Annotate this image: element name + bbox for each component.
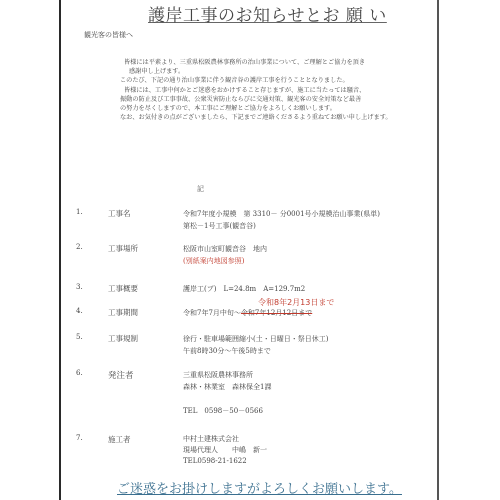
body-line: 振動の防止及び工事事故、公衆災害防止ならびに交通対策、観光客の安全対策など最善 [120, 95, 424, 104]
body-line: 皆様には平素より、三重県松阪農林事務所の治山事業について、ご理解とご協力を頂き [124, 58, 424, 67]
value-line: 森林・林業室 森林保全1課 [183, 381, 271, 393]
item-value: 護岸工(ブ) L=24.8m A=129.7m2 [183, 283, 305, 295]
item-label: 発注者 [108, 369, 134, 381]
notice-body: 皆様には平素より、三重県松阪農林事務所の治山事業について、ご理解とご協力を頂き … [124, 58, 424, 122]
value-line: 第松－1号工事(観音谷) [183, 220, 380, 232]
original-end-date-struck: 令和7年12月12日まで [241, 309, 312, 317]
value-line: 松阪市山室町観音谷 地内 [183, 243, 267, 255]
value-line: 徐行・駐車場範囲縮小(土・日曜日・祭日休工) [183, 333, 328, 345]
body-line: このたび、下記の通り治山事業に伴う観音谷の護岸工事を行うこととなりました。 [120, 76, 424, 85]
item-label: 工事名 [108, 208, 131, 219]
page-border-right [437, 0, 439, 500]
period-start: 令和7年7月中旬～ [183, 309, 241, 317]
closing-message: ご迷惑をお掛けしますがよろしくお願いします。 [117, 478, 402, 497]
item-number: 2. [76, 243, 83, 251]
body-line: 感謝申し上げます。 [124, 67, 424, 76]
page-border-left [59, 0, 61, 500]
value-line: 現場代理人 中嶋 新一 [183, 445, 267, 456]
item-value: 令和7年度小規模 第 3310－ 分0001号小規模治山事業(県単) 第松－1号… [183, 208, 380, 232]
item-number: 6. [76, 369, 83, 377]
value-line: 中村土建株式会社 [183, 434, 267, 445]
item-value: 松阪市山室町観音谷 地内 (別紙案内地図参照) [183, 243, 267, 267]
item-label: 施工者 [108, 434, 131, 445]
item-number: 4. [76, 307, 83, 315]
document-title: 護岸工事のお知らせとお 願 い [148, 1, 387, 26]
item-number: 5. [76, 333, 83, 341]
item-value: 中村土建株式会社 現場代理人 中嶋 新一 TEL0598-21-1622 [183, 434, 267, 467]
item-label: 工事場所 [108, 243, 138, 254]
item-number: 3. [76, 283, 83, 291]
item-label: 工事概要 [108, 283, 138, 294]
body-line: 皆様には、工事中何かとご迷惑をおかけすること存じますが、施工に当たっては騒音、 [124, 86, 424, 95]
item-value: 三重県松阪農林事務所 森林・林業室 森林保全1課 TEL 0598－50－056… [183, 369, 271, 417]
value-line: 午前8時30分～午後5時まで [183, 345, 328, 357]
body-line: なお、お気付きの点がございましたら、下記までご連絡くださるよう重ねてお願い申し上… [120, 113, 424, 122]
item-number: 1. [76, 208, 83, 216]
map-reference-note: (別紙案内地図参照) [183, 255, 267, 267]
body-line: の努力を尽くしますので、本工事にご理解とご協力をよろしくお願いします。 [120, 104, 424, 113]
item-label: 工事規制 [108, 333, 138, 344]
client-phone: TEL 0598－50－0566 [183, 405, 271, 417]
item-value: 令和7年7月中旬～令和7年12月12日まで [183, 307, 312, 319]
salutation: 観光客の皆様へ [84, 30, 133, 40]
item-number: 7. [76, 434, 83, 442]
item-label: 工事期間 [108, 307, 138, 318]
value-line: 令和7年度小規模 第 3310－ 分0001号小規模治山事業(県単) [183, 208, 380, 220]
value-line: 護岸工(ブ) L=24.8m A=129.7m2 [183, 283, 305, 295]
item-value: 徐行・駐車場範囲縮小(土・日曜日・祭日休工) 午前8時30分～午後5時まで [183, 333, 328, 357]
ki-heading: 記 [197, 184, 204, 194]
contractor-phone: TEL0598-21-1622 [183, 456, 267, 467]
value-line: 三重県松阪農林事務所 [183, 369, 271, 381]
